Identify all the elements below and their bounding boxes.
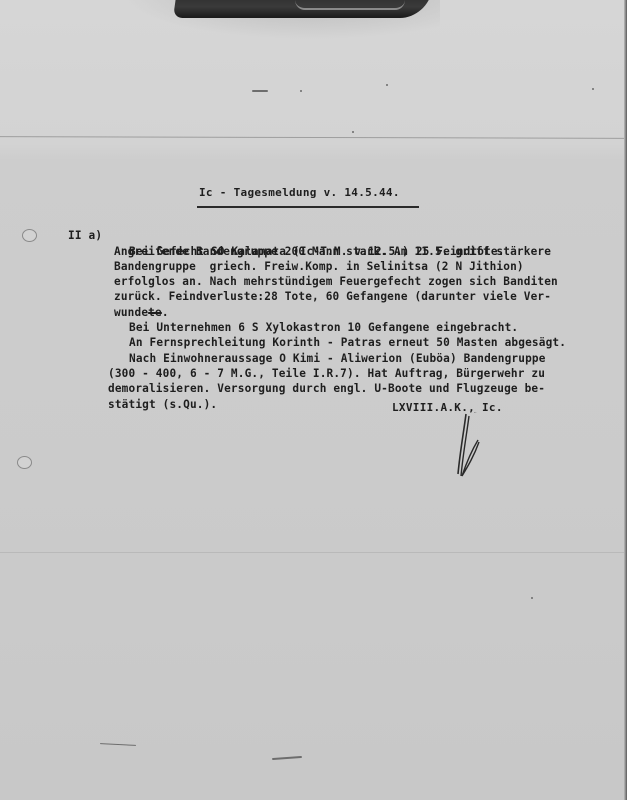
section-label: II a) <box>68 228 102 243</box>
line-text: Bei Unternehmen 6 S Xylokastron 10 Gefan… <box>129 320 518 335</box>
report-line: Angreifende Bandengruppe 200 Mann stark.… <box>0 228 41 243</box>
word-text: wunde <box>114 306 148 319</box>
line-text: demoralisieren. Versorgung durch engl. U… <box>108 381 545 396</box>
report-line: demoralisieren. Versorgung durch engl. U… <box>0 366 41 381</box>
document-page: Ic - Tagesmeldung v. 14.5.44. II a) Bei … <box>0 0 627 800</box>
paper-scratch <box>252 90 268 92</box>
paper-speck <box>386 84 388 86</box>
header-underline <box>197 206 419 208</box>
line-text: wundete. <box>114 305 169 320</box>
paper-scratch <box>100 743 136 746</box>
paper-speck <box>352 131 354 133</box>
report-line: wundete. <box>0 289 41 304</box>
report-line: Nach Einwohneraussage O Kimi - Aliwerion… <box>0 335 41 350</box>
line-text: Nach Einwohneraussage O Kimi - Aliwerion… <box>129 351 546 366</box>
paper-speck <box>592 88 594 90</box>
line-text: stätigt (s.Qu.). <box>108 397 217 412</box>
handwritten-signature-icon <box>448 412 488 482</box>
report-body: II a) Bei Gefecht SO Kalamata (Ic-T.M. v… <box>0 213 41 397</box>
paper-scratch <box>272 756 302 760</box>
punch-hole-icon <box>17 456 32 469</box>
line-text: (300 - 400, 6 - 7 M.G., Teile I.R.7). Ha… <box>108 366 545 381</box>
report-line: erfolglos an. Nach mehrstündigem Feuerge… <box>0 259 41 274</box>
report-line: Bandengruppe griech. Freiw.Komp. in Seli… <box>0 244 41 259</box>
paper-fold-line <box>0 552 627 553</box>
report-line: II a) Bei Gefecht SO Kalamata (Ic-T.M. v… <box>0 213 41 228</box>
line-text: Angreifende Bandengruppe 200 Mann stark.… <box>114 244 551 259</box>
paper-edge-line <box>0 136 627 139</box>
line-text: Bandengruppe griech. Freiw.Komp. in Seli… <box>114 259 524 274</box>
line-text: zurück. Feindverluste:28 Tote, 60 Gefang… <box>114 289 551 304</box>
line-text: erfolglos an. Nach mehrstündigem Feuerge… <box>114 274 558 289</box>
punctuation: . <box>162 306 169 319</box>
line-text: An Fernsprechleitung Korinth - Patras er… <box>129 335 566 350</box>
report-line: stätigt (s.Qu.). <box>0 381 41 396</box>
report-line: (300 - 400, 6 - 7 M.G., Teile I.R.7). Ha… <box>0 351 41 366</box>
paper-speck <box>531 597 533 599</box>
document-header: Ic - Tagesmeldung v. 14.5.44. <box>199 186 400 199</box>
paper-speck <box>300 90 302 92</box>
binder-clip-highlight <box>295 0 405 10</box>
report-line: An Fernsprechleitung Korinth - Patras er… <box>0 320 41 335</box>
report-line: zurück. Feindverluste:28 Tote, 60 Gefang… <box>0 274 41 289</box>
report-line: Bei Unternehmen 6 S Xylokastron 10 Gefan… <box>0 305 41 320</box>
struck-text: te <box>148 306 162 319</box>
